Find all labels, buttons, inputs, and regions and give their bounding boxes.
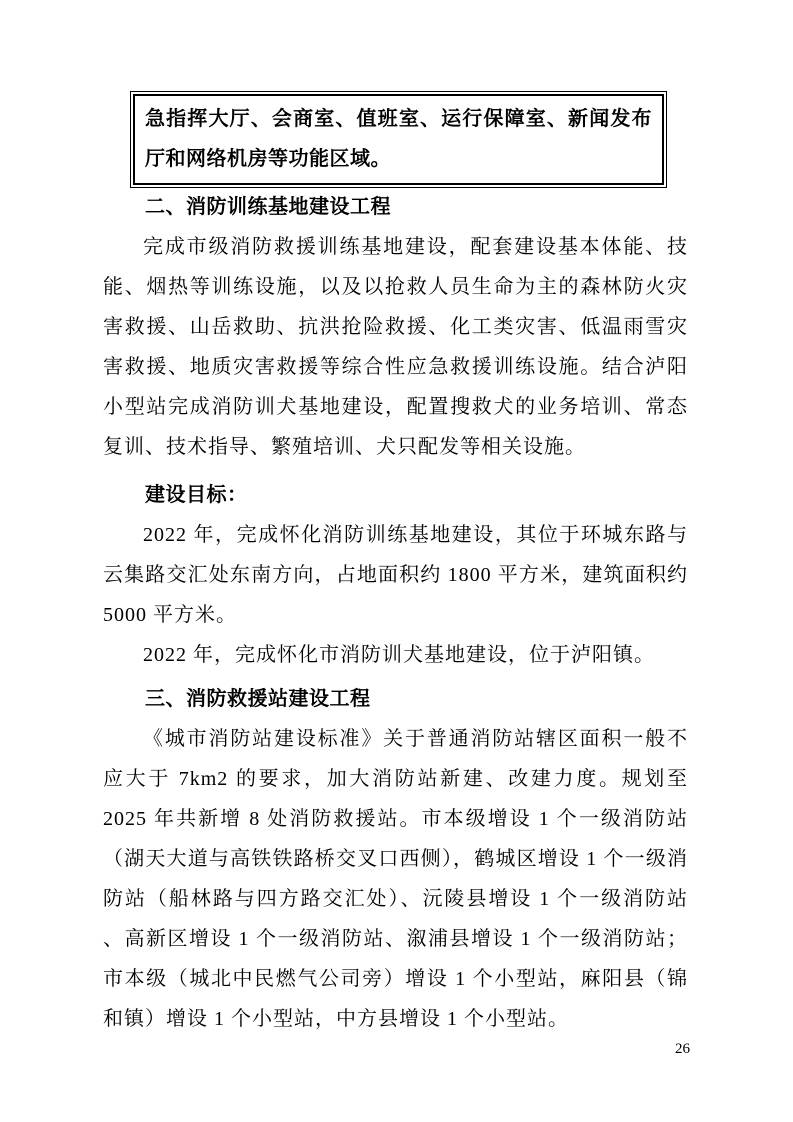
page-number: 26	[675, 1041, 690, 1058]
paragraph-rescue-stations-plan: 《城市消防站建设标准》关于普通消防站辖区面积一般不应大于 7km2 的要求，加大…	[103, 719, 688, 1039]
boxed-callout: 急指挥大厅、会商室、值班室、运行保障室、新闻发布厅和网络机房等功能区域。	[133, 94, 664, 185]
paragraph-goal-2022-training-base: 2022 年，完成怀化消防训练基地建设，其位于环城东路与云集路交汇处东南方向，占…	[103, 515, 688, 635]
paragraph-training-base-intro: 完成市级消防救援训练基地建设，配套建设基本体能、技能、烟热等训练设施，以及以抢救…	[103, 227, 688, 467]
section-heading-fire-training-base: 二、消防训练基地建设工程	[103, 187, 688, 227]
document-page: 急指挥大厅、会商室、值班室、运行保障室、新闻发布厅和网络机房等功能区域。 二、消…	[0, 0, 793, 1122]
boxed-callout-text: 急指挥大厅、会商室、值班室、运行保障室、新闻发布厅和网络机房等功能区域。	[145, 99, 652, 179]
section-heading-rescue-stations: 三、消防救援站建设工程	[103, 679, 688, 719]
paragraph-goal-2022-dog-base: 2022 年，完成怀化市消防训犬基地建设，位于泸阳镇。	[103, 635, 688, 675]
subheading-construction-goals: 建设目标：	[103, 475, 688, 515]
document-body: 急指挥大厅、会商室、值班室、运行保障室、新闻发布厅和网络机房等功能区域。 二、消…	[103, 94, 688, 1039]
